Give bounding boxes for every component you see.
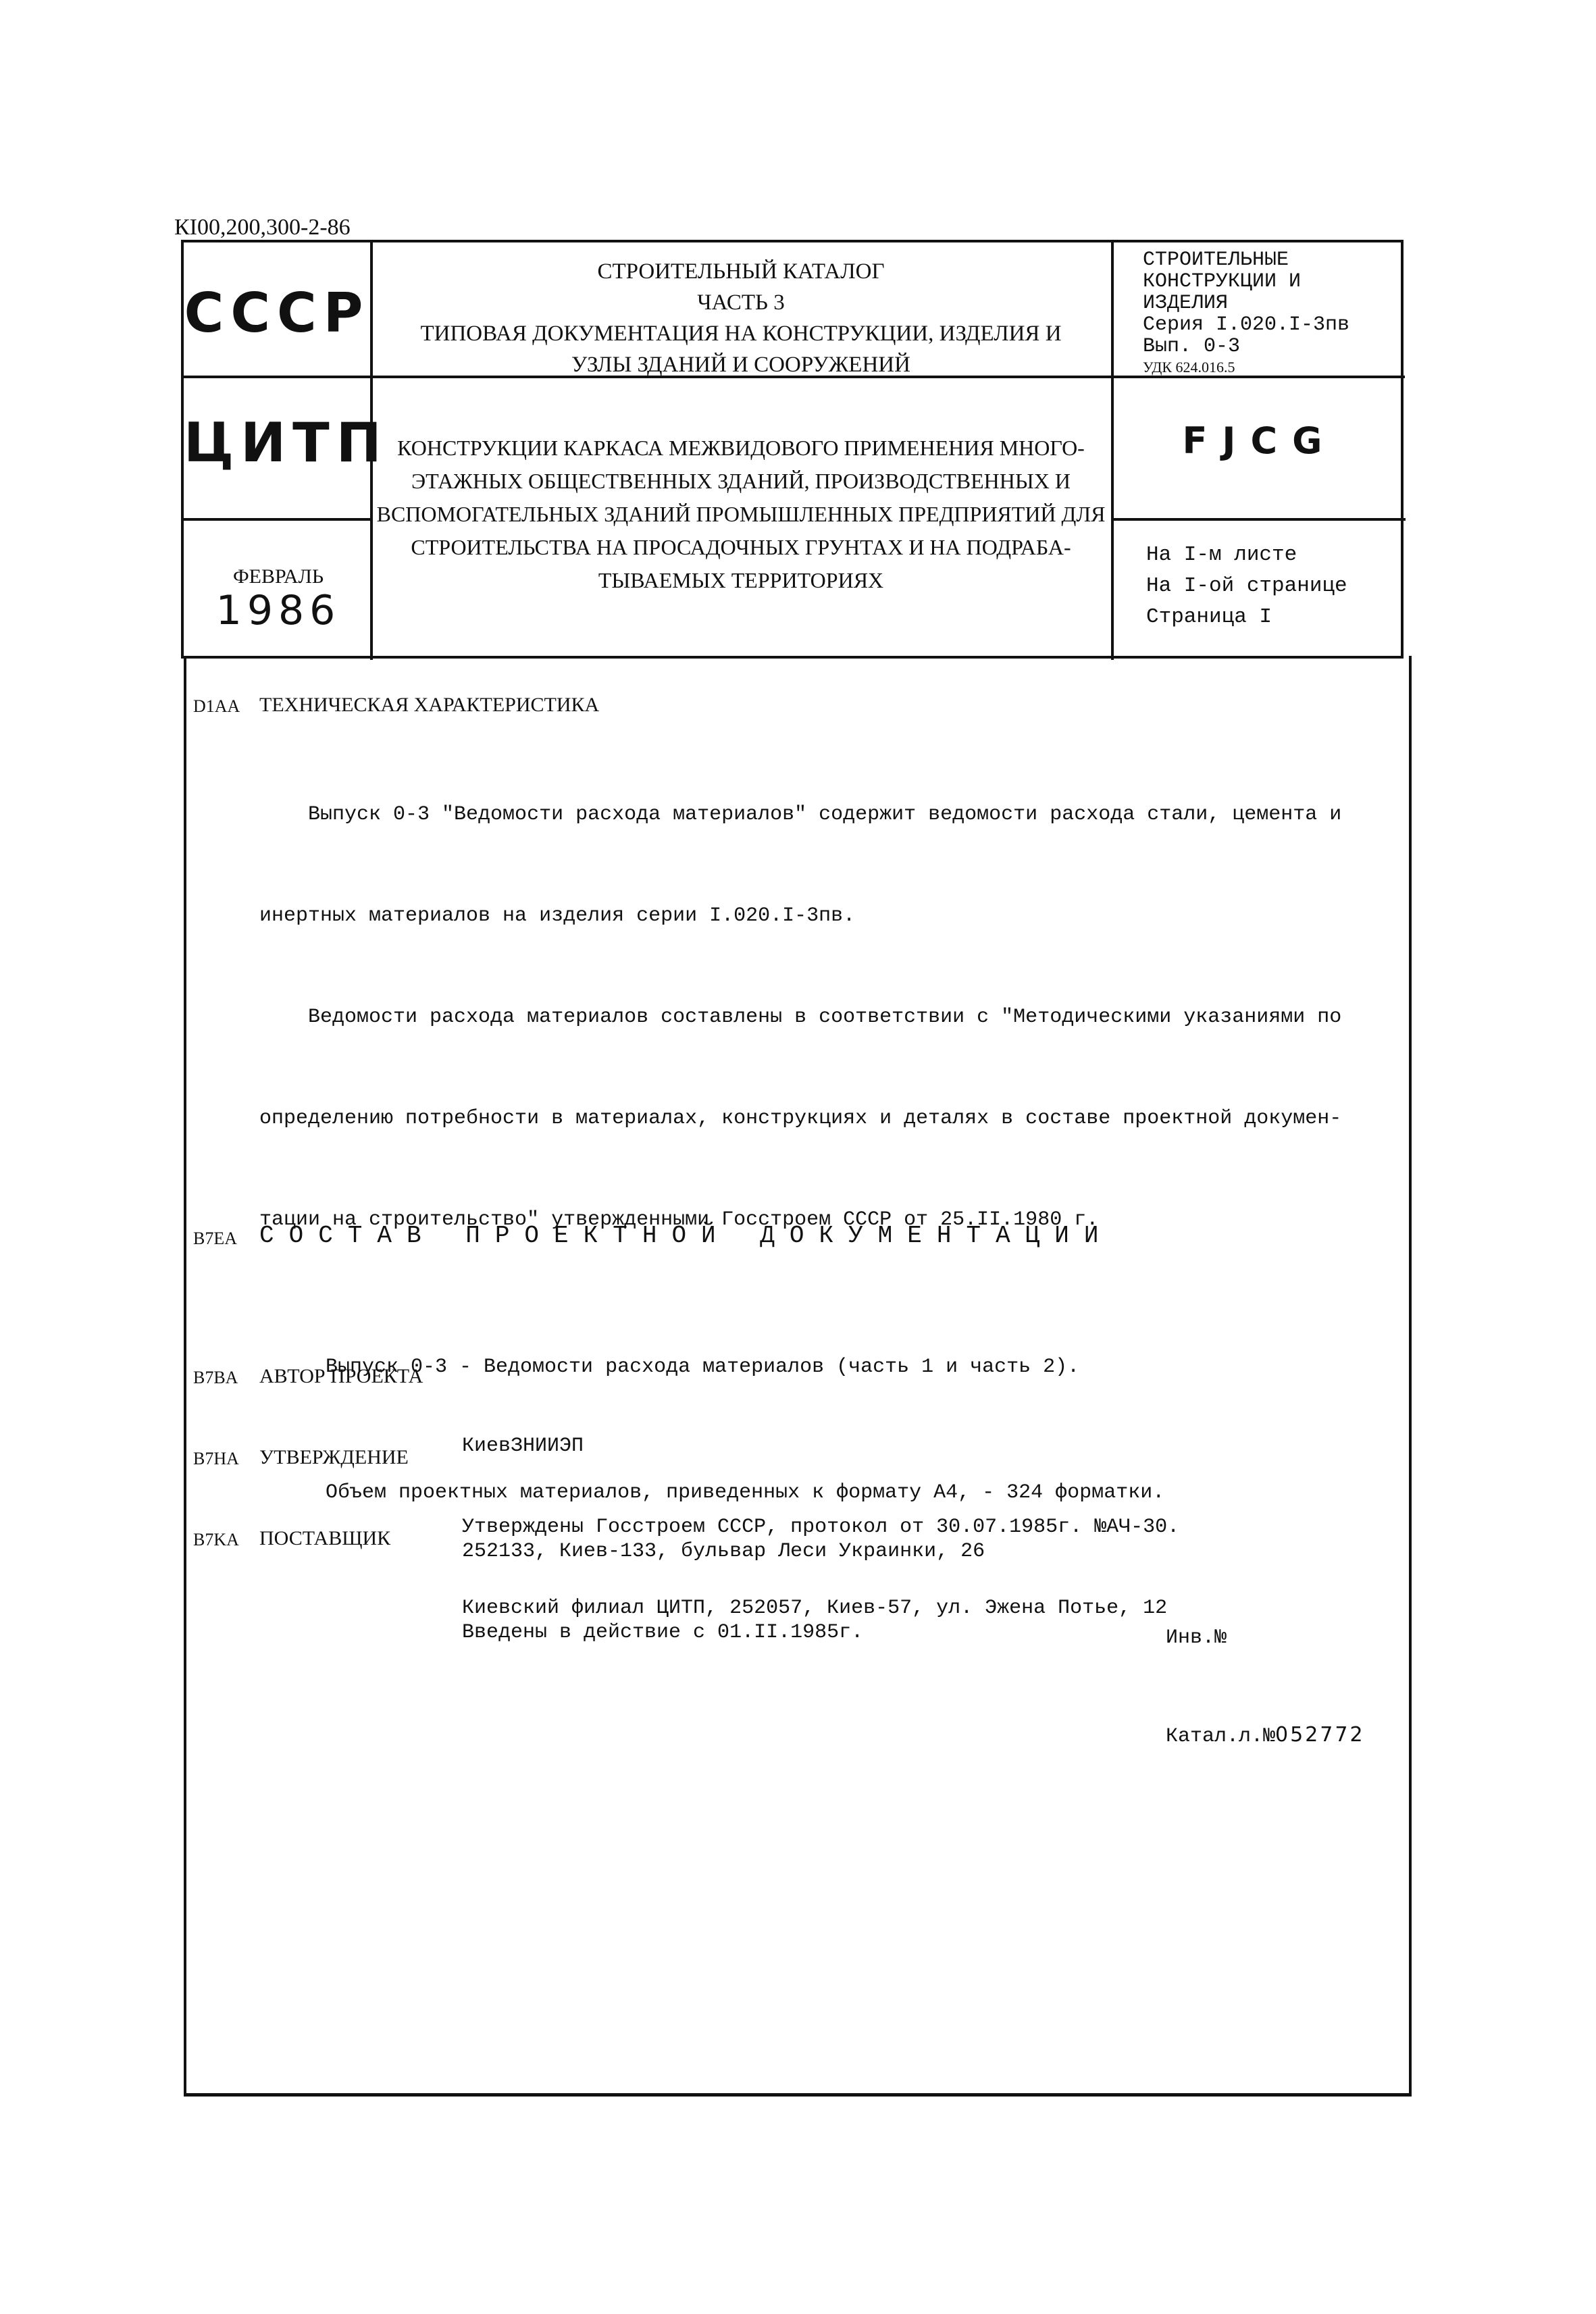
field-code-supplier: B7KA	[193, 1530, 239, 1550]
catalog-title-line: ЧАСТЬ 3	[373, 287, 1109, 318]
catalog-sheet: Катал.л.№052772	[1166, 1719, 1365, 1753]
series-issue: Вып. 0-3	[1143, 336, 1393, 357]
subject-title: КОНСТРУКЦИИ КАРКАСА МЕЖВИДОВОГО ПРИМЕНЕН…	[373, 432, 1109, 597]
udk-code: УДК 624.016.5	[1143, 357, 1393, 378]
subject-title-line: ЭТАЖНЫХ ОБЩЕСТВЕННЫХ ЗДАНИЙ, ПРОИЗВОДСТВ…	[373, 465, 1109, 498]
series-category-line: ИЗДЕЛИЯ	[1143, 292, 1393, 314]
catalog-reference: Инв.№ Катал.л.№052772	[1166, 1557, 1365, 1818]
catalog-title-line: СТРОИТЕЛЬНЫЙ КАТАЛОГ	[373, 256, 1109, 287]
series-category-line: СТРОИТЕЛЬНЫЕ	[1143, 249, 1393, 271]
section-code-composition: B7EA	[193, 1229, 237, 1249]
paragraph-line: Выпуск 0-3 "Ведомости расхода материалов…	[259, 798, 1341, 831]
inventory-number-label: Инв.№	[1166, 1622, 1365, 1654]
org-stamp: ЦИТП	[184, 411, 370, 474]
classifier-code: FJCG	[1114, 419, 1406, 462]
field-label-supplier: ПОСТАВЩИК	[259, 1527, 390, 1550]
catalog-title: СТРОИТЕЛЬНЫЙ КАТАЛОГ ЧАСТЬ 3 ТИПОВАЯ ДОК…	[373, 256, 1109, 380]
field-code-approval: B7HA	[193, 1449, 239, 1469]
field-label-approval: УТВЕРЖДЕНИЕ	[259, 1446, 409, 1469]
section-title-technical: ТЕХНИЧЕСКАЯ ХАРАКТЕРИСТИКА	[259, 694, 599, 717]
publication-month: ФЕВРАЛЬ	[184, 565, 373, 588]
page-ref-sheet: На I-м листе	[1146, 540, 1347, 571]
page-reference: На I-м листе На I-ой странице Страница I	[1146, 540, 1347, 633]
subject-title-line: ВСПОМОГАТЕЛЬНЫХ ЗДАНИЙ ПРОМЫШЛЕННЫХ ПРЕД…	[373, 498, 1109, 531]
catalog-title-line: ТИПОВАЯ ДОКУМЕНТАЦИЯ НА КОНСТРУКЦИИ, ИЗД…	[373, 318, 1109, 349]
subject-title-line: ТЫВАЕМЫХ ТЕРРИТОРИЯХ	[373, 564, 1109, 597]
series-box: СТРОИТЕЛЬНЫЕ КОНСТРУКЦИИ И ИЗДЕЛИЯ Серия…	[1143, 249, 1393, 378]
header-table: СССР СТРОИТЕЛЬНЫЙ КАТАЛОГ ЧАСТЬ 3 ТИПОВА…	[181, 240, 1404, 659]
technical-paragraph: Выпуск 0-3 "Ведомости расхода материалов…	[259, 730, 1341, 1304]
left-col-divider	[182, 518, 371, 521]
paragraph-line: определению потребности в материалах, ко…	[259, 1102, 1341, 1135]
field-value-supplier: Киевский филиал ЦИТП, 252057, Киев-57, у…	[462, 1520, 1167, 1696]
series-number: Серия I.020.I-3пв	[1143, 314, 1393, 336]
page-ref-page: На I-ой странице	[1146, 571, 1347, 602]
publication-year: 1986	[184, 587, 373, 634]
document-body-frame: D1AA ТЕХНИЧЕСКАЯ ХАРАКТЕРИСТИКА Выпуск 0…	[184, 656, 1412, 2097]
section-title-composition: СОСТАВ ПРОЕКТНОЙ ДОКУМЕНТАЦИИ	[259, 1222, 1114, 1250]
section-code-technical: D1AA	[193, 696, 240, 717]
document-code: КI00,200,300-2-86	[174, 215, 351, 240]
field-label-author: АВТОР ПРОЕКТА	[259, 1365, 423, 1388]
paragraph-line: инертных материалов на изделия серии I.0…	[259, 899, 1341, 933]
field-code-author: B7BA	[193, 1368, 238, 1388]
catalog-sheet-label: Катал.л.№	[1166, 1725, 1275, 1748]
country-stamp: СССР	[184, 282, 370, 344]
right-col-divider	[1111, 518, 1406, 521]
subject-title-line: СТРОИТЕЛЬСТВА НА ПРОСАДОЧНЫХ ГРУНТАХ И Н…	[373, 531, 1109, 564]
subject-title-line: КОНСТРУКЦИИ КАРКАСА МЕЖВИДОВОГО ПРИМЕНЕН…	[373, 432, 1109, 465]
paragraph-line: Ведомости расхода материалов составлены …	[259, 1000, 1341, 1034]
catalog-title-line: УЗЛЫ ЗДАНИЙ И СООРУЖЕНИЙ	[373, 349, 1109, 380]
page-ref-number: Страница I	[1146, 602, 1347, 633]
series-category-line: КОНСТРУКЦИИ И	[1143, 271, 1393, 292]
catalog-sheet-number: 052772	[1275, 1723, 1365, 1747]
supplier-address: Киевский филиал ЦИТП, 252057, Киев-57, у…	[462, 1591, 1167, 1626]
